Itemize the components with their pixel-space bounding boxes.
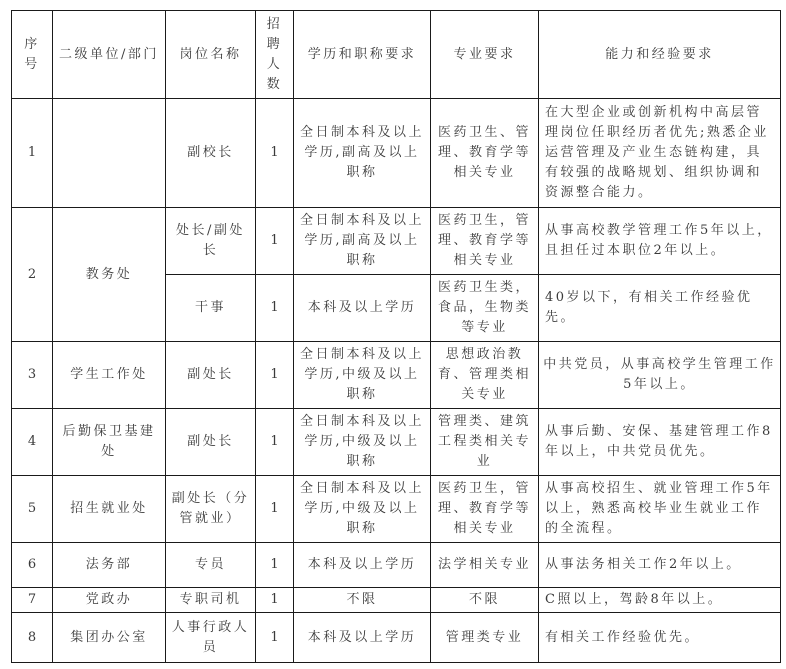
table-row: 1 副校长 1 全日制本科及以上学历,副高及以上职称 医药卫生、管理、教育学等相… (12, 99, 781, 208)
header-count: 招 聘 人 数 (256, 11, 294, 99)
cell-count: 1 (256, 342, 294, 409)
cell-position: 副处长 (166, 342, 256, 409)
cell-major: 法学相关专业 (431, 543, 539, 588)
header-count-line: 招 (260, 15, 289, 35)
cell-experience: 中共党员，从事高校学生管理工作5年以上。 (539, 342, 781, 409)
cell-position: 副处长（分管就业） (166, 476, 256, 543)
header-index-line: 号 (16, 55, 48, 75)
cell-major: 管理类专业 (431, 613, 539, 663)
cell-department: 法务部 (53, 543, 166, 588)
cell-experience: 40岁以下，有相关工作经验优先。 (539, 275, 781, 342)
cell-experience: 有相关工作经验优先。 (539, 613, 781, 663)
cell-index: 4 (12, 409, 53, 476)
cell-index: 5 (12, 476, 53, 543)
cell-experience: 从事后勤、安保、基建管理工作8年以上，中共党员优先。 (539, 409, 781, 476)
cell-major: 思想政治教育、管理类相关专业 (431, 342, 539, 409)
table-header-row: 序 号 二级单位/部门 岗位名称 招 聘 人 数 学历和职称要求 专业要求 能力… (12, 11, 781, 99)
cell-position: 副校长 (166, 99, 256, 208)
header-index: 序 号 (12, 11, 53, 99)
header-experience: 能力和经验要求 (539, 11, 781, 99)
cell-department: 后勤保卫基建处 (53, 409, 166, 476)
cell-count: 1 (256, 613, 294, 663)
header-index-line: 序 (16, 35, 48, 55)
table-row: 3 学生工作处 副处长 1 全日制本科及以上学历,中级及以上职称 思想政治教育、… (12, 342, 781, 409)
cell-experience: 从事法务相关工作2年以上。 (539, 543, 781, 588)
cell-department: 集团办公室 (53, 613, 166, 663)
cell-count: 1 (256, 588, 294, 613)
cell-index: 1 (12, 99, 53, 208)
cell-major: 管理类、建筑工程类相关专业 (431, 409, 539, 476)
cell-education: 全日制本科及以上学历,中级及以上职称 (294, 342, 431, 409)
cell-education: 本科及以上学历 (294, 543, 431, 588)
cell-major: 医药卫生类，食品，生物类等专业 (431, 275, 539, 342)
cell-education: 全日制本科及以上学历,副高及以上职称 (294, 208, 431, 275)
table-row: 7 党政办 专职司机 1 不限 不限 C照以上，驾龄8年以上。 (12, 588, 781, 613)
cell-education: 本科及以上学历 (294, 275, 431, 342)
cell-count: 1 (256, 99, 294, 208)
table-row: 8 集团办公室 人事行政人员 1 本科及以上学历 管理类专业 有相关工作经验优先… (12, 613, 781, 663)
cell-education: 不限 (294, 588, 431, 613)
cell-department: 招生就业处 (53, 476, 166, 543)
cell-index: 7 (12, 588, 53, 613)
table-row: 2 教务处 处长/副处长 1 全日制本科及以上学历,副高及以上职称 医药卫生，管… (12, 208, 781, 275)
cell-position: 干事 (166, 275, 256, 342)
header-position: 岗位名称 (166, 11, 256, 99)
cell-education: 全日制本科及以上学历,副高及以上职称 (294, 99, 431, 208)
cell-position: 人事行政人员 (166, 613, 256, 663)
cell-position: 副处长 (166, 409, 256, 476)
cell-count: 1 (256, 476, 294, 543)
recruitment-table: 序 号 二级单位/部门 岗位名称 招 聘 人 数 学历和职称要求 专业要求 能力… (11, 10, 781, 663)
cell-major: 医药卫生，管理、教育学等相关专业 (431, 208, 539, 275)
header-major: 专业要求 (431, 11, 539, 99)
cell-count: 1 (256, 275, 294, 342)
header-count-line: 人 (260, 55, 289, 75)
cell-index: 3 (12, 342, 53, 409)
cell-index: 6 (12, 543, 53, 588)
cell-department (53, 99, 166, 208)
cell-position: 专员 (166, 543, 256, 588)
cell-education: 本科及以上学历 (294, 613, 431, 663)
cell-index: 8 (12, 613, 53, 663)
cell-experience: 在大型企业或创新机构中高层管理岗位任职经历者优先;熟悉企业运营管理及产业生态链构… (539, 99, 781, 208)
table-row: 4 后勤保卫基建处 副处长 1 全日制本科及以上学历,中级及以上职称 管理类、建… (12, 409, 781, 476)
cell-position: 处长/副处长 (166, 208, 256, 275)
cell-major: 医药卫生，管理、教育学等相关专业 (431, 476, 539, 543)
cell-education: 全日制本科及以上学历,中级及以上职称 (294, 409, 431, 476)
cell-department: 党政办 (53, 588, 166, 613)
cell-education: 全日制本科及以上学历,中级及以上职称 (294, 476, 431, 543)
cell-experience: C照以上，驾龄8年以上。 (539, 588, 781, 613)
cell-position: 专职司机 (166, 588, 256, 613)
cell-count: 1 (256, 208, 294, 275)
header-education: 学历和职称要求 (294, 11, 431, 99)
header-count-line: 聘 (260, 35, 289, 55)
cell-experience: 从事高校招生、就业管理工作5年以上，熟悉高校毕业生就业工作的全流程。 (539, 476, 781, 543)
cell-count: 1 (256, 543, 294, 588)
cell-major: 医药卫生、管理、教育学等相关专业 (431, 99, 539, 208)
cell-index: 2 (12, 208, 53, 342)
table-row: 6 法务部 专员 1 本科及以上学历 法学相关专业 从事法务相关工作2年以上。 (12, 543, 781, 588)
cell-department: 教务处 (53, 208, 166, 342)
cell-count: 1 (256, 409, 294, 476)
cell-experience: 从事高校教学管理工作5年以上，且担任过本职位2年以上。 (539, 208, 781, 275)
header-department: 二级单位/部门 (53, 11, 166, 99)
header-count-line: 数 (260, 75, 289, 95)
table-row: 5 招生就业处 副处长（分管就业） 1 全日制本科及以上学历,中级及以上职称 医… (12, 476, 781, 543)
cell-department: 学生工作处 (53, 342, 166, 409)
cell-major: 不限 (431, 588, 539, 613)
